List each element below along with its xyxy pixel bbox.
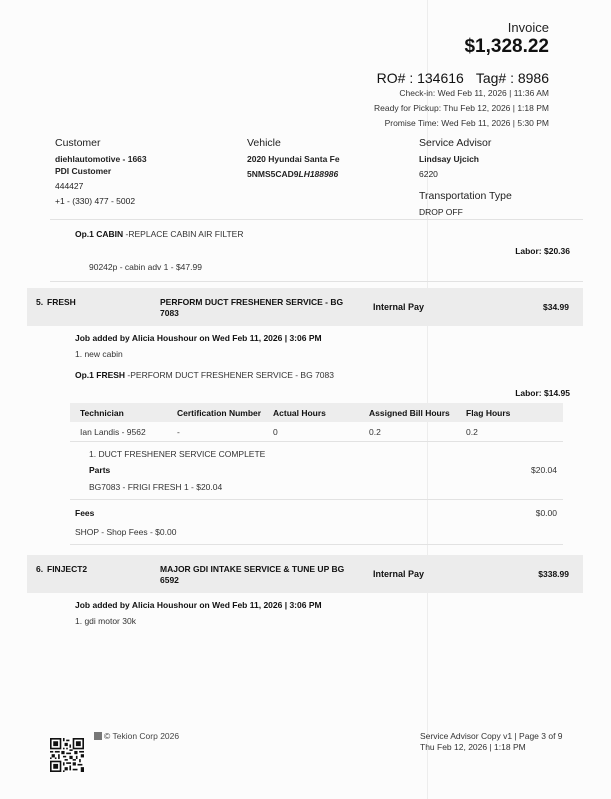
divider: [70, 499, 563, 500]
vehicle-block: Vehicle 2020 Hyundai Santa Fe 5NMS5CAD9L…: [247, 137, 340, 180]
op-line: Op.1 FRESH -PERFORM DUCT FRESHENER SERVI…: [75, 370, 334, 380]
footer-page-info: Service Advisor Copy v1 | Page 3 of 9 Th…: [420, 731, 563, 753]
copy-info: Service Advisor Copy v1 | Page 3 of 9: [420, 731, 563, 742]
invoice-header: Invoice $1,328.22 RO# : 134616Tag# : 898…: [374, 20, 549, 131]
ready-for-pickup-time: Ready for Pickup: Thu Feb 12, 2026 | 1:1…: [374, 101, 549, 116]
part-line: BG7083 - FRIGI FRESH 1 - $20.04: [89, 482, 222, 492]
correction-line: 1. DUCT FRESHENER SERVICE COMPLETE: [89, 449, 265, 459]
table-row: Ian Landis - 9562 - 0 0.2 0.2: [70, 422, 563, 440]
fees-label: Fees: [75, 508, 94, 518]
col-actual-hours: Actual Hours: [273, 408, 326, 418]
parts-total: $20.04: [531, 465, 557, 475]
cell-flag-hours: 0.2: [466, 427, 478, 437]
job-number: 5.: [36, 297, 43, 307]
customer-phone: +1 - (330) 477 - 5002: [55, 195, 147, 207]
prev-op-code: Op.1 CABIN: [75, 229, 123, 239]
job-concern: 1. new cabin: [75, 349, 123, 359]
customer-name: diehlautomotive - 1663: [55, 153, 147, 165]
technician-table-header: Technician Certification Number Actual H…: [70, 403, 563, 422]
promise-time: Promise Time: Wed Feb 11, 2026 | 5:30 PM: [374, 116, 549, 131]
service-advisor-name: Lindsay Ujcich: [419, 153, 512, 165]
job-description: PERFORM DUCT FRESHENER SERVICE - BG 7083: [160, 297, 343, 319]
job-description-line2: 6592: [160, 575, 344, 586]
col-certification-number: Certification Number: [177, 408, 261, 418]
vehicle-description: 2020 Hyundai Santa Fe: [247, 153, 340, 165]
job-pay-type: Internal Pay: [373, 569, 424, 579]
job-amount: $34.99: [543, 302, 569, 312]
prev-part-line: 90242p - cabin adv 1 - $47.99: [89, 262, 202, 272]
fees-total: $0.00: [536, 508, 557, 518]
fee-line: SHOP - Shop Fees - $0.00: [75, 527, 176, 537]
cell-certification-number: -: [177, 427, 180, 437]
job-concern: 1. gdi motor 30k: [75, 616, 136, 626]
vehicle-heading: Vehicle: [247, 137, 340, 149]
customer-block: Customer diehlautomotive - 1663 PDI Cust…: [55, 137, 147, 207]
job-header-row: 5. FRESH PERFORM DUCT FRESHENER SERVICE …: [27, 288, 583, 326]
col-flag-hours: Flag Hours: [466, 408, 510, 418]
customer-number: 444427: [55, 180, 147, 192]
job-description-line2: 7083: [160, 308, 343, 319]
job-code: FINJECT2: [47, 564, 87, 574]
technician-table: Technician Certification Number Actual H…: [70, 403, 563, 440]
labor-amount: Labor: $14.95: [515, 388, 570, 398]
col-technician: Technician: [80, 408, 124, 418]
job-added-by: Job added by Alicia Houshour on Wed Feb …: [75, 333, 322, 343]
divider: [70, 441, 563, 442]
job-description-line1: MAJOR GDI INTAKE SERVICE & TUNE UP BG: [160, 564, 344, 575]
job-number: 6.: [36, 564, 43, 574]
vehicle-vin: 5NMS5CAD9LH188986: [247, 168, 340, 180]
cell-technician: Ian Landis - 9562: [80, 427, 146, 437]
divider: [50, 219, 583, 220]
transportation-value: DROP OFF: [419, 206, 512, 218]
vin-prefix: 5NMS5CAD9: [247, 169, 299, 179]
prev-labor: Labor: $20.36: [515, 246, 570, 256]
ro-number: RO# : 134616: [377, 70, 464, 86]
ro-tag-line: RO# : 134616Tag# : 8986: [374, 70, 549, 86]
prev-op-line: Op.1 CABIN -REPLACE CABIN AIR FILTER: [75, 229, 243, 239]
document-title: Invoice: [374, 20, 549, 35]
tekion-logo-icon: [94, 732, 102, 740]
service-advisor-number: 6220: [419, 168, 512, 180]
copyright: © Tekion Corp 2026: [104, 731, 179, 741]
service-advisor-block: Service Advisor Lindsay Ujcich 6220 Tran…: [419, 137, 512, 218]
customer-heading: Customer: [55, 137, 147, 149]
check-in-time: Check-in: Wed Feb 11, 2026 | 11:36 AM: [374, 86, 549, 101]
job-description-line1: PERFORM DUCT FRESHENER SERVICE - BG: [160, 297, 343, 308]
cell-actual-hours: 0: [273, 427, 278, 437]
prev-op-desc: -REPLACE CABIN AIR FILTER: [123, 229, 243, 239]
job-pay-type: Internal Pay: [373, 302, 424, 312]
transportation-heading: Transportation Type: [419, 190, 512, 202]
invoice-page: Invoice $1,328.22 RO# : 134616Tag# : 898…: [0, 0, 611, 799]
op-code: Op.1 FRESH: [75, 370, 125, 380]
col-assigned-bill-hours: Assigned Bill Hours: [369, 408, 450, 418]
vin-suffix: LH188986: [299, 169, 339, 179]
job-amount: $338.99: [538, 569, 569, 579]
service-advisor-heading: Service Advisor: [419, 137, 512, 149]
qr-code: [50, 738, 84, 772]
job-description: MAJOR GDI INTAKE SERVICE & TUNE UP BG 65…: [160, 564, 344, 586]
job-added-by: Job added by Alicia Houshour on Wed Feb …: [75, 600, 322, 610]
tag-number: Tag# : 8986: [476, 70, 549, 86]
invoice-total: $1,328.22: [374, 36, 549, 58]
customer-type: PDI Customer: [55, 165, 147, 177]
job-code: FRESH: [47, 297, 76, 307]
cell-assigned-bill-hours: 0.2: [369, 427, 381, 437]
divider: [70, 544, 563, 545]
printed-time: Thu Feb 12, 2026 | 1:18 PM: [420, 742, 563, 753]
job-header-row: 6. FINJECT2 MAJOR GDI INTAKE SERVICE & T…: [27, 555, 583, 593]
divider: [50, 281, 583, 282]
op-desc: -PERFORM DUCT FRESHENER SERVICE - BG 708…: [125, 370, 334, 380]
parts-label: Parts: [89, 465, 110, 475]
